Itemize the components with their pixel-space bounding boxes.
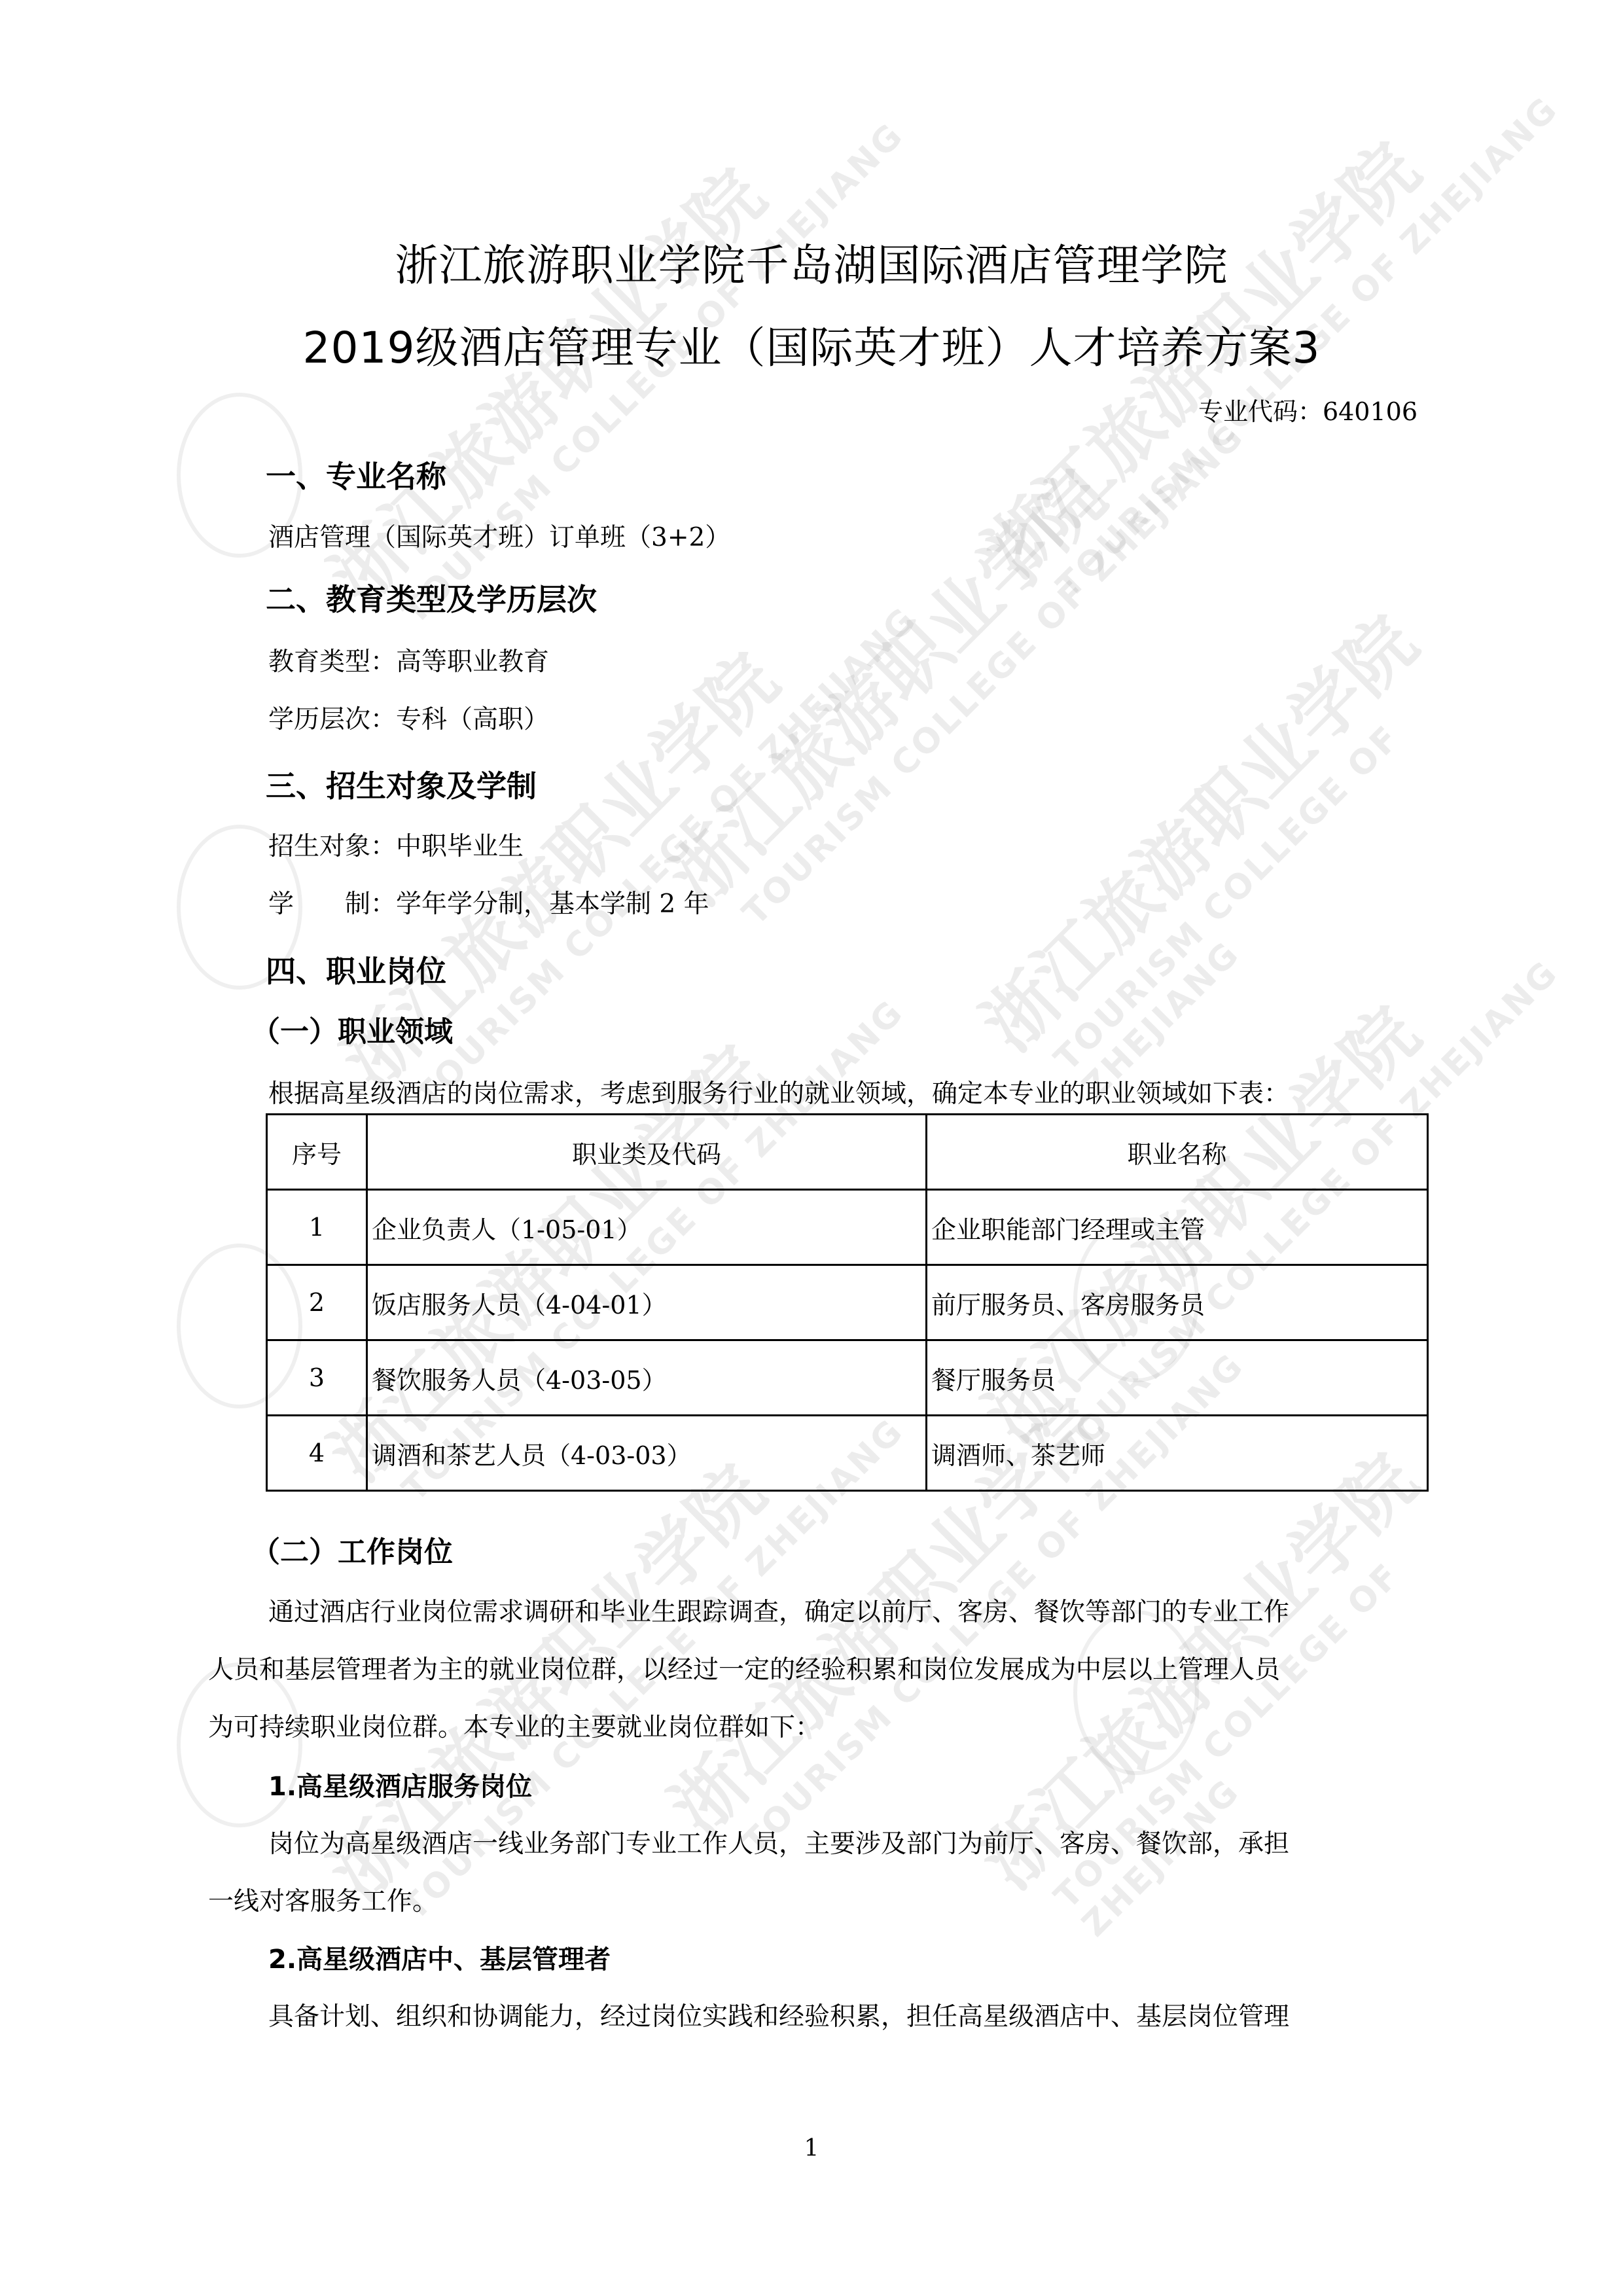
document-title-line2: 2019级酒店管理专业（国际英才班）人才培养方案3 xyxy=(0,313,1623,375)
major-code: 专业代码：640106 xyxy=(1198,391,1418,427)
col-header-occupation: 职业名称 xyxy=(927,1115,1428,1190)
watermark: 浙江旅游职业学院TOURISM COLLEGE OF ZHEJIANG xyxy=(955,497,1584,1125)
subsection-heading-work-positions: （二）工作岗位 xyxy=(251,1528,453,1570)
study-system-text: 学 制：学年学分制，基本学制 2 年 xyxy=(268,884,709,920)
cell-category: 饭店服务人员（4-04-01） xyxy=(367,1265,927,1340)
cell-category: 企业负责人（1-05-01） xyxy=(367,1190,927,1265)
cell-occupation: 前厅服务员、客房服务员 xyxy=(927,1265,1428,1340)
study-system-label: 学 制： xyxy=(268,889,396,919)
cell-index: 4 xyxy=(267,1416,367,1491)
page-number: 1 xyxy=(0,2135,1623,2162)
item-heading-managers: 2.高星级酒店中、基层管理者 xyxy=(268,1939,611,1976)
seal-watermark-icon xyxy=(1073,1610,1199,1775)
item-heading-service-positions: 1.高星级酒店服务岗位 xyxy=(268,1766,532,1803)
watermark: 浙江旅游职业学院TOURISM COLLEGE OF ZHEJIANG xyxy=(644,343,1253,952)
career-field-intro: 根据高星级酒店的岗位需求，考虑到服务行业的就业领域，确定本专业的职业领域如下表： xyxy=(268,1073,1289,1110)
cell-index: 1 xyxy=(267,1190,367,1265)
section-heading-enrollment: 三、招生对象及学制 xyxy=(266,762,537,806)
career-field-table: 序号 职业类及代码 职业名称 1 企业负责人（1-05-01） 企业职能部门经理… xyxy=(266,1113,1429,1492)
education-type-text: 教育类型：高等职业教育 xyxy=(268,641,549,678)
col-header-index: 序号 xyxy=(267,1115,367,1190)
section-heading-major-name: 一、专业名称 xyxy=(266,453,446,496)
cell-category: 调酒和茶艺人员（4-03-03） xyxy=(367,1416,927,1491)
service-positions-line2: 一线对客服务工作。 xyxy=(208,1881,438,1918)
cell-occupation: 餐厅服务员 xyxy=(927,1340,1428,1416)
table-row: 3 餐饮服务人员（4-03-05） 餐厅服务员 xyxy=(267,1340,1428,1416)
document-title-line1: 浙江旅游职业学院千岛湖国际酒店管理学院 xyxy=(0,230,1623,293)
enrollment-target-text: 招生对象：中职毕业生 xyxy=(268,826,524,863)
table-row: 2 饭店服务人员（4-04-01） 前厅服务员、客房服务员 xyxy=(267,1265,1428,1340)
cell-index: 3 xyxy=(267,1340,367,1416)
cell-category: 餐饮服务人员（4-03-05） xyxy=(367,1340,927,1416)
major-name-text: 酒店管理（国际英才班）订单班（3+2） xyxy=(268,517,730,554)
section-heading-career: 四、职业岗位 xyxy=(266,948,446,991)
section-heading-education-type: 二、教育类型及学历层次 xyxy=(266,576,597,619)
table-row: 1 企业负责人（1-05-01） 企业职能部门经理或主管 xyxy=(267,1190,1428,1265)
service-positions-line1: 岗位为高星级酒店一线业务部门专业工作人员，主要涉及部门为前厅、客房、餐饮部，承担 xyxy=(268,1823,1289,1860)
work-positions-para-line1: 通过酒店行业岗位需求调研和毕业生跟踪调查，确定以前厅、客房、餐饮等部门的专业工作 xyxy=(268,1592,1289,1628)
education-level-text: 学历层次：专科（高职） xyxy=(268,699,549,736)
managers-line1: 具备计划、组织和协调能力，经过岗位实践和经验积累，担任高星级酒店中、基层岗位管理 xyxy=(268,1996,1289,2033)
work-positions-para-line2: 人员和基层管理者为主的就业岗位群，以经过一定的经验积累和岗位发展成为中层以上管理… xyxy=(208,1649,1280,1686)
cell-occupation: 调酒师、茶艺师 xyxy=(927,1416,1428,1491)
subsection-heading-career-field: （一）职业领域 xyxy=(251,1008,453,1050)
study-system-value: 学年学分制，基本学制 2 年 xyxy=(396,889,709,919)
col-header-category: 职业类及代码 xyxy=(367,1115,927,1190)
work-positions-para-line3: 为可持续职业岗位群。本专业的主要就业岗位群如下： xyxy=(208,1707,821,1744)
table-header-row: 序号 职业类及代码 职业名称 xyxy=(267,1115,1428,1190)
table-row: 4 调酒和茶艺人员（4-03-03） 调酒师、茶艺师 xyxy=(267,1416,1428,1491)
cell-index: 2 xyxy=(267,1265,367,1340)
cell-occupation: 企业职能部门经理或主管 xyxy=(927,1190,1428,1265)
